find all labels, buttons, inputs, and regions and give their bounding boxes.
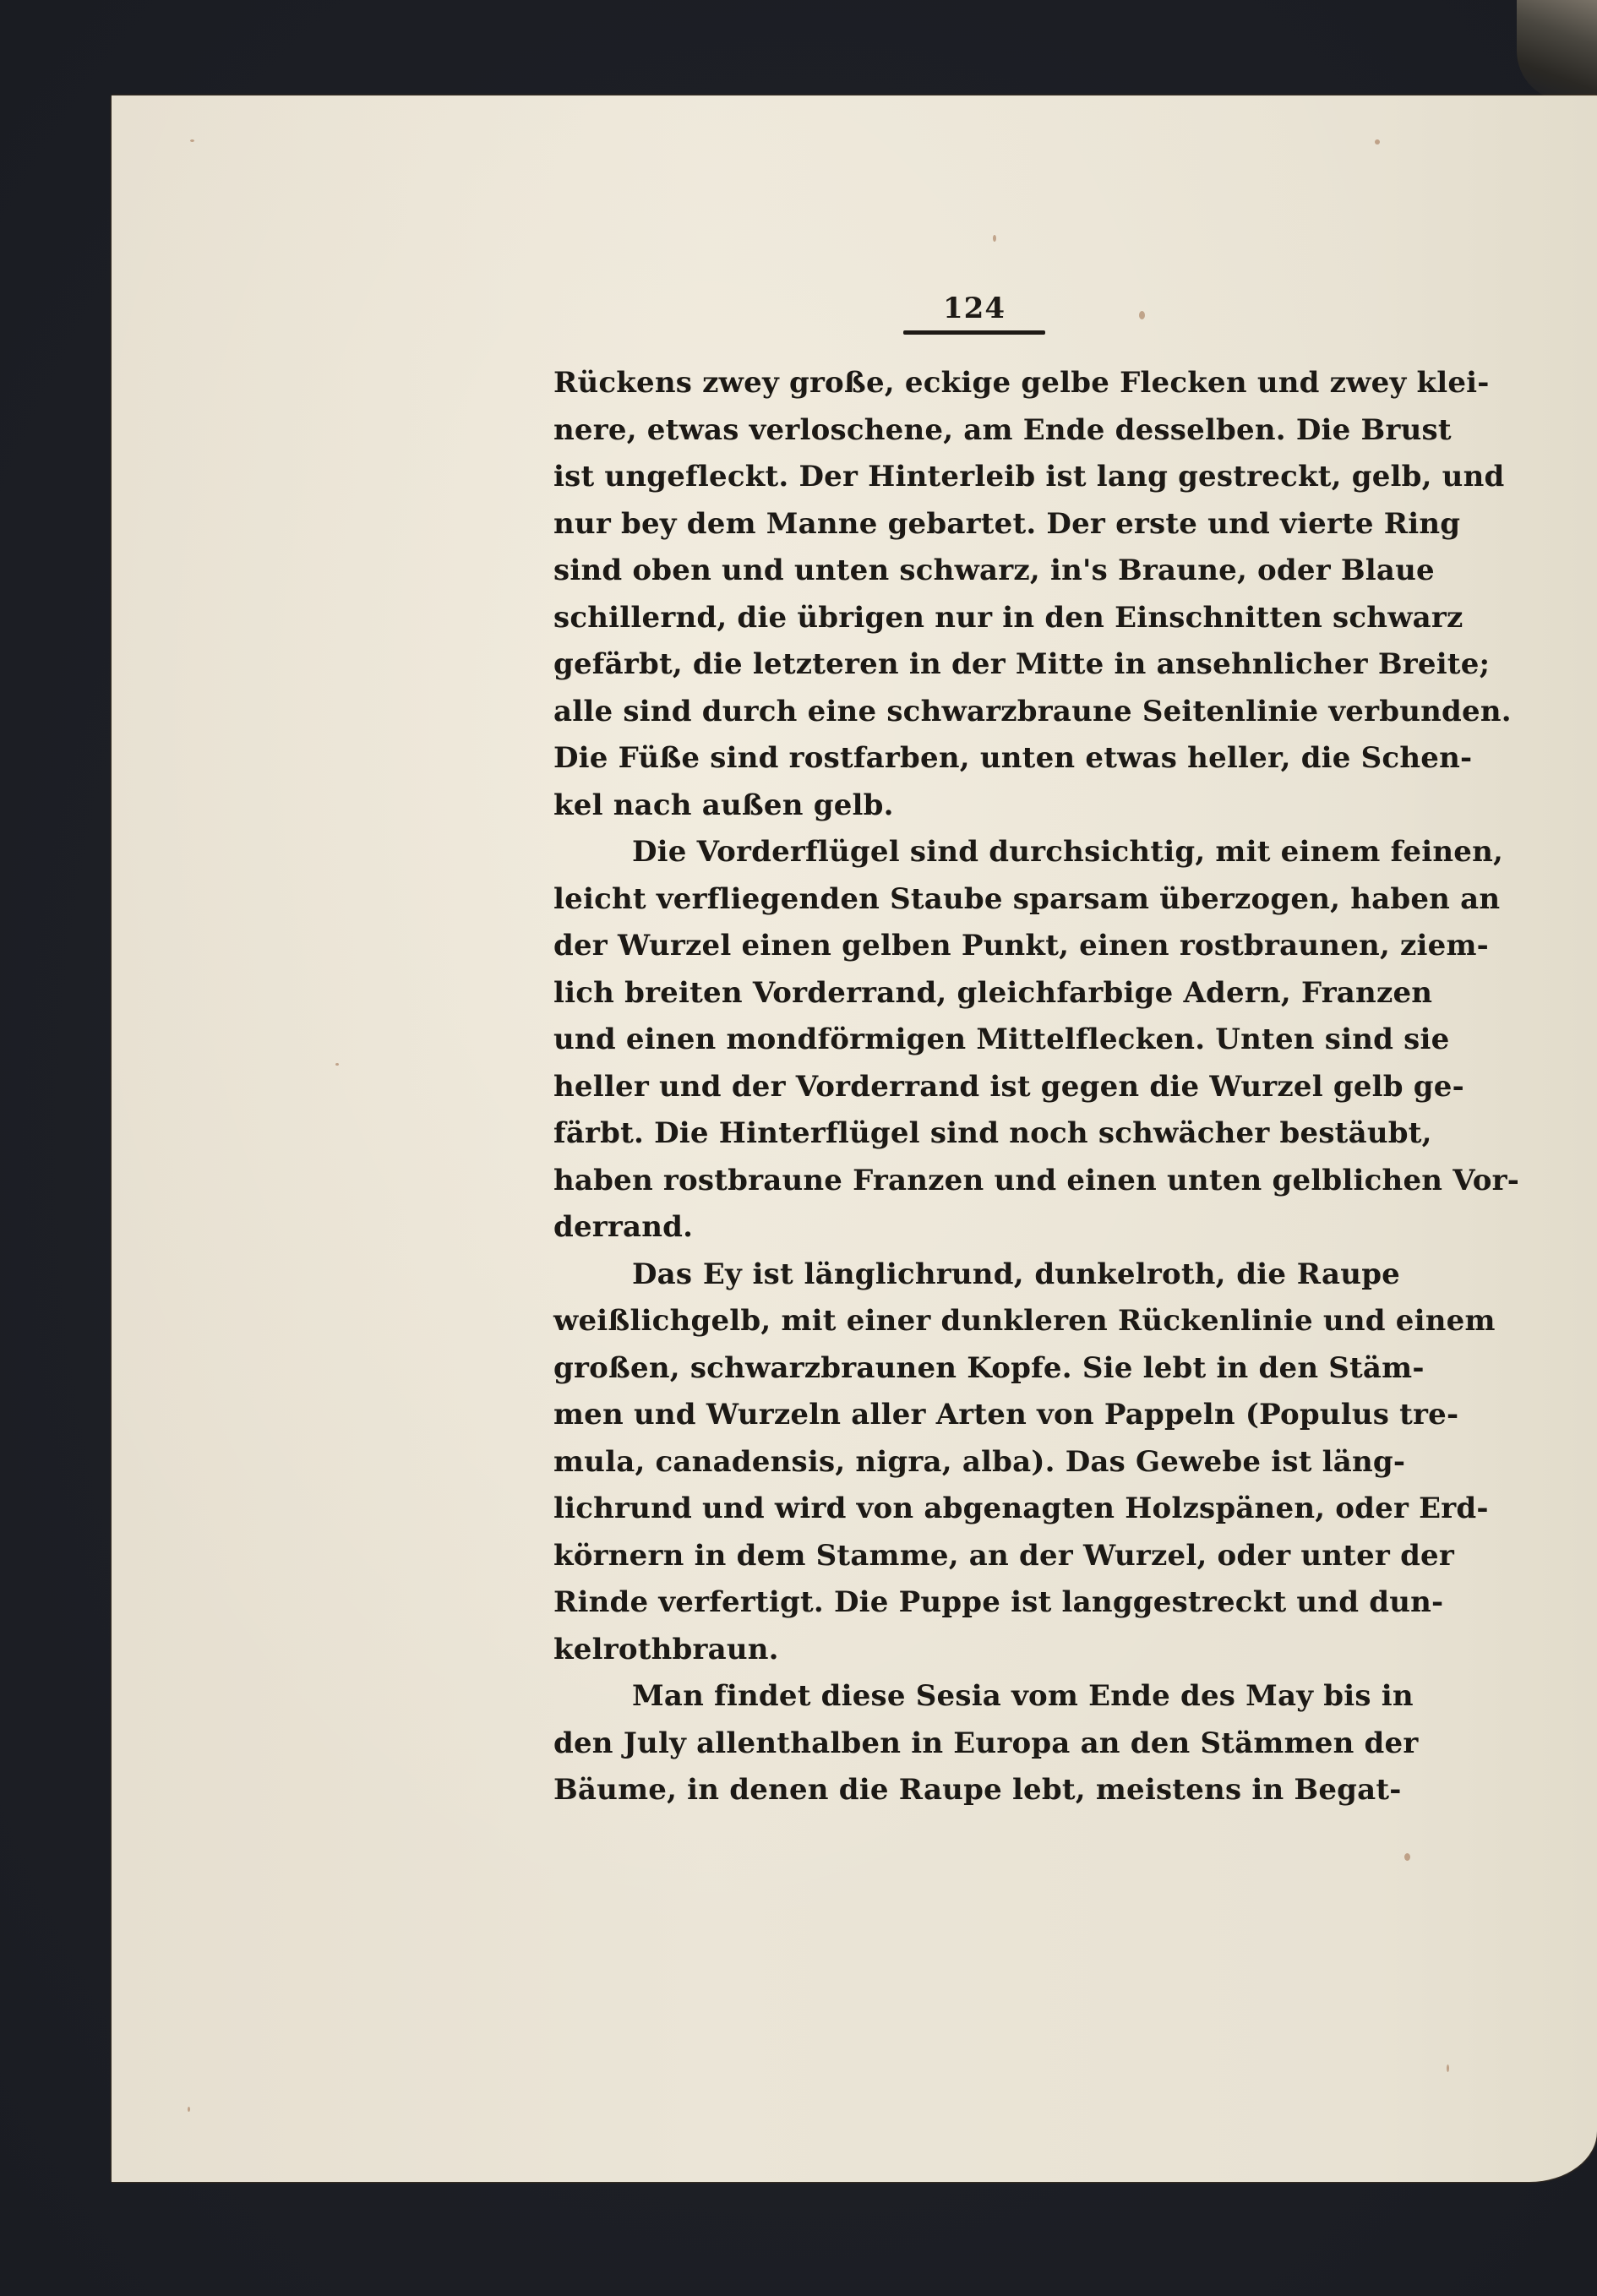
text-line: leicht verfliegenden Staube sparsam über…: [553, 876, 1400, 924]
body-text: Rückens zwey große, eckige gelbe Flecken…: [553, 360, 1400, 1814]
text-line-paragraph-start: Man findet diese Sesia vom Ende des May …: [553, 1673, 1400, 1721]
page-number: 124: [902, 292, 1046, 325]
paper-speck: [1404, 1853, 1410, 1861]
page-header: 124: [902, 292, 1046, 335]
text-line: großen, schwarzbraunen Kopfe. Sie lebt i…: [553, 1345, 1400, 1393]
text-line: Rinde verfertigt. Die Puppe ist langgest…: [553, 1579, 1400, 1627]
paper-speck: [1375, 139, 1380, 145]
text-line-paragraph-end: kelrothbraun.: [553, 1627, 1400, 1674]
text-line: der Wurzel einen gelben Punkt, einen ros…: [553, 923, 1400, 970]
book-page: 124 Rückens zwey große, eckige gelbe Fle…: [112, 95, 1597, 2182]
paper-speck: [1139, 311, 1145, 319]
text-line: men und Wurzeln aller Arten von Pappeln …: [553, 1392, 1400, 1439]
text-line: färbt. Die Hinterflügel sind noch schwäc…: [553, 1110, 1400, 1158]
text-line: lichrund und wird von abgenagten Holzspä…: [553, 1486, 1400, 1533]
paper-speck: [188, 2107, 190, 2112]
paper-speck: [993, 235, 996, 242]
text-line: Die Füße sind rostfarben, unten etwas he…: [553, 735, 1400, 783]
paper-speck: [335, 1063, 339, 1066]
text-line: Rückens zwey große, eckige gelbe Flecken…: [553, 360, 1400, 407]
text-line: sind oben und unten schwarz, in's Braune…: [553, 548, 1400, 595]
text-line: weißlichgelb, mit einer dunkleren Rücken…: [553, 1298, 1400, 1345]
text-line: heller und der Vorderrand ist gegen die …: [553, 1064, 1400, 1111]
text-line: nur bey dem Manne gebartet. Der erste un…: [553, 501, 1400, 548]
text-line: gefärbt, die letzteren in der Mitte in a…: [553, 641, 1400, 689]
text-line: nere, etwas verloschene, am Ende desselb…: [553, 407, 1400, 455]
text-line-paragraph-start: Die Vorderflügel sind durchsichtig, mit …: [553, 829, 1400, 876]
text-line: haben rostbraune Franzen und einen unten…: [553, 1158, 1400, 1205]
text-line-paragraph-end: derrand.: [553, 1204, 1400, 1252]
page-number-rule: [903, 330, 1045, 335]
paper-speck: [1447, 2064, 1449, 2072]
text-line: lich breiten Vorderrand, gleichfarbige A…: [553, 970, 1400, 1017]
text-line-paragraph-end: kel nach außen gelb.: [553, 783, 1400, 830]
text-line: und einen mondförmigen Mittelflecken. Un…: [553, 1017, 1400, 1064]
text-line: ist ungefleckt. Der Hinterleib ist lang …: [553, 454, 1400, 501]
text-line: körnern in dem Stamme, an der Wurzel, od…: [553, 1533, 1400, 1580]
text-line: den July allenthalben in Europa an den S…: [553, 1721, 1400, 1768]
text-line: schillernd, die übrigen nur in den Einsc…: [553, 595, 1400, 642]
text-line-paragraph-start: Das Ey ist länglichrund, dunkelroth, die…: [553, 1252, 1400, 1299]
paper-speck: [190, 139, 194, 142]
text-line: mula, canadensis, nigra, alba). Das Gewe…: [553, 1439, 1400, 1486]
text-line: alle sind durch eine schwarzbraune Seite…: [553, 689, 1400, 736]
text-line: Bäume, in denen die Raupe lebt, meistens…: [553, 1767, 1400, 1814]
